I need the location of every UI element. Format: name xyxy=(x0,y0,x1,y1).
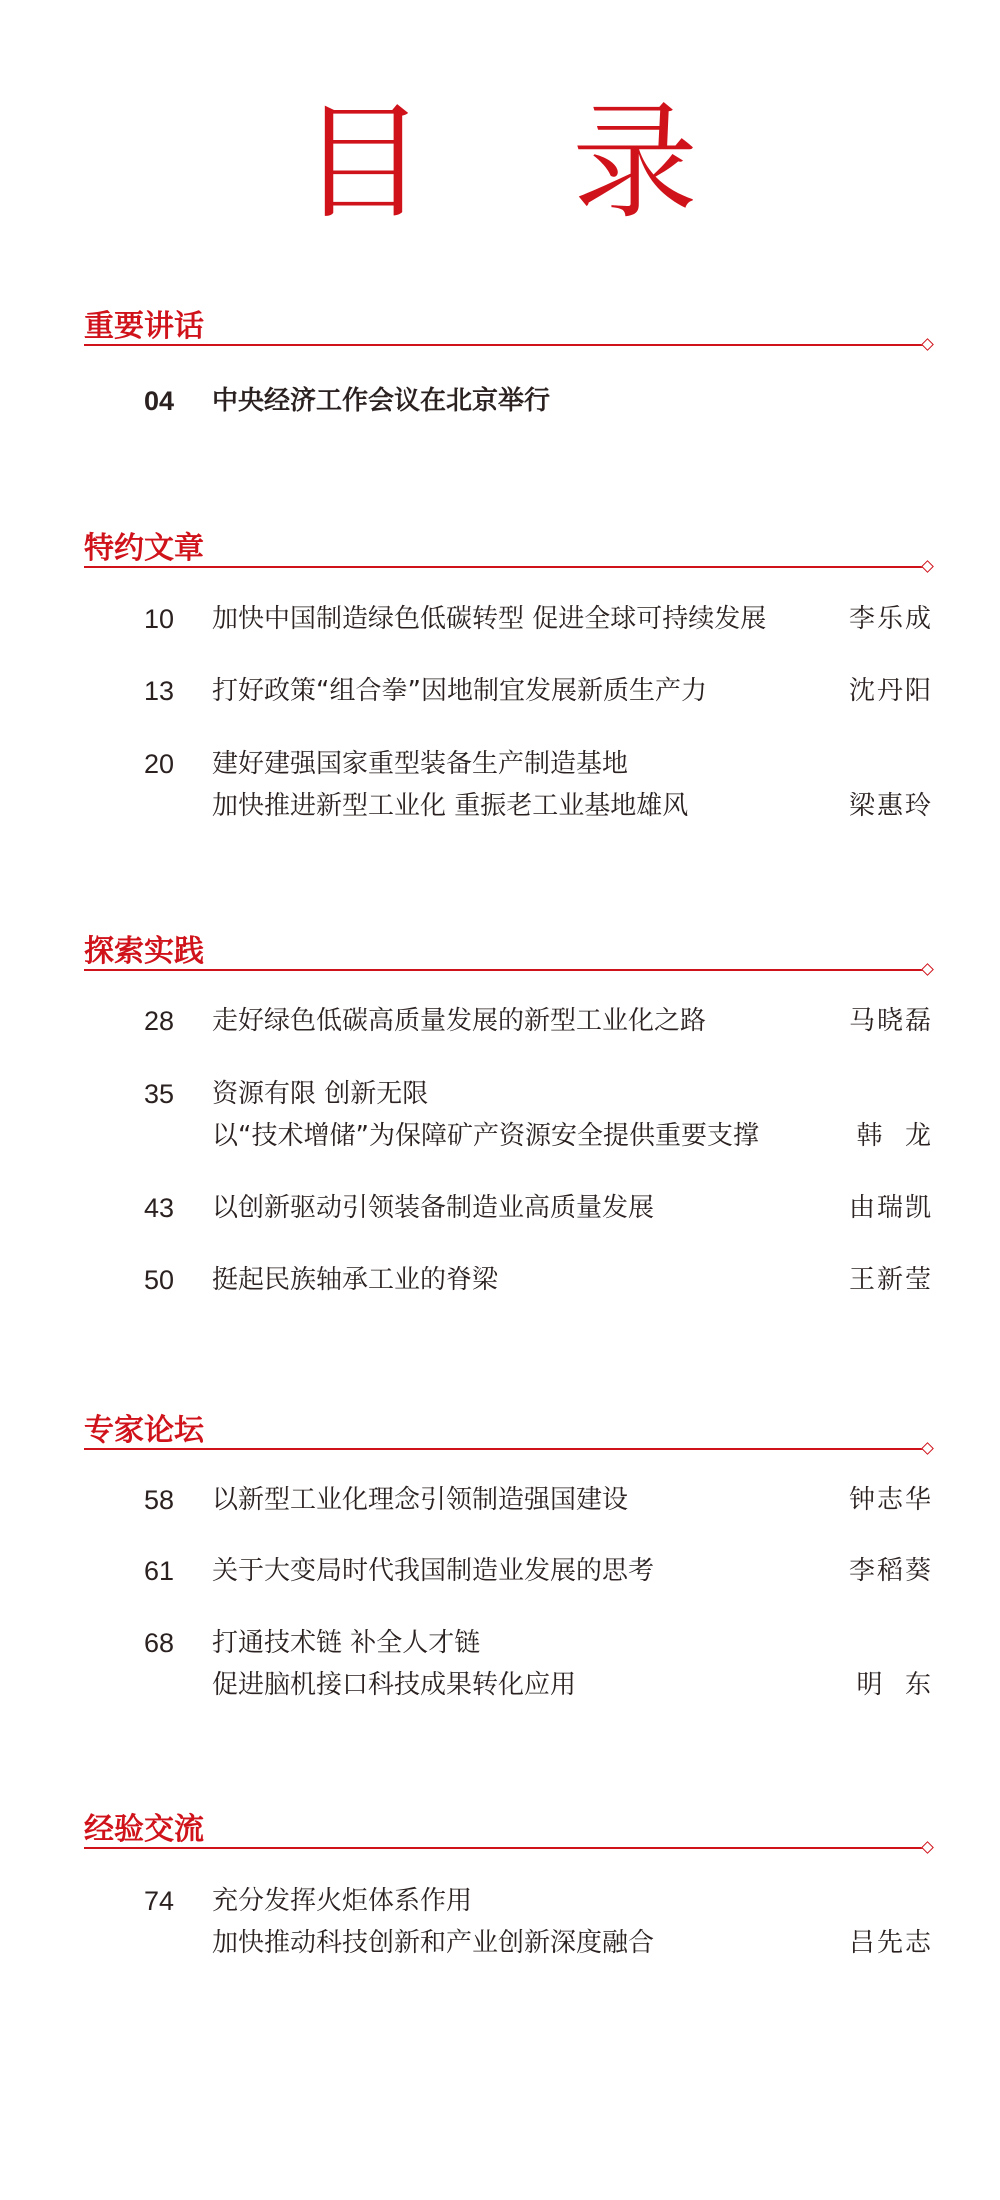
entry-title-line-2[interactable]: 加快推动科技创新和产业创新深度融合 xyxy=(212,1922,654,1964)
section-divider xyxy=(84,1448,926,1450)
entry-author: 王新莹 xyxy=(849,1259,933,1301)
entry-author: 李乐成 xyxy=(849,598,933,640)
entry-title-line-1[interactable]: 资源有限 创新无限 xyxy=(212,1073,759,1115)
entry-title[interactable]: 以新型工业化理念引领制造强国建设 xyxy=(212,1479,628,1521)
entry-title-line-1[interactable]: 打通技术链 补全人才链 xyxy=(212,1622,576,1664)
section-divider xyxy=(84,344,926,346)
entry-title[interactable]: 打好政策“组合拳”因地制宜发展新质生产力 xyxy=(212,670,707,712)
diamond-ornament-icon xyxy=(921,1442,934,1455)
diamond-ornament-icon xyxy=(921,560,934,573)
entry-title-line-1[interactable]: 建好建强国家重型装备生产制造基地 xyxy=(212,743,688,785)
page-title-char-2: 录 xyxy=(572,88,698,238)
section-heading: 专家论坛 xyxy=(84,1414,204,1448)
entry-author: 明 东 xyxy=(856,1664,933,1706)
entry-title-line-2[interactable]: 加快推进新型工业化 重振老工业基地雄风 xyxy=(212,785,688,827)
entry-author: 韩 龙 xyxy=(856,1115,933,1157)
page-number: 35 xyxy=(144,1073,174,1115)
section-heading: 探索实践 xyxy=(84,935,204,969)
section-heading: 经验交流 xyxy=(84,1813,204,1847)
entry-title[interactable]: 以创新驱动引领装备制造业高质量发展 xyxy=(212,1187,654,1229)
page-number: 74 xyxy=(144,1880,174,1922)
entry-title[interactable]: 加快中国制造绿色低碳转型 促进全球可持续发展 xyxy=(212,598,766,640)
entry-author: 沈丹阳 xyxy=(849,670,933,712)
entry-title-line-1[interactable]: 充分发挥火炬体系作用 xyxy=(212,1880,654,1922)
entry-title[interactable]: 走好绿色低碳高质量发展的新型工业化之路 xyxy=(212,1000,706,1042)
section-divider xyxy=(84,1847,926,1849)
page-number: 10 xyxy=(144,598,174,640)
page-number: 13 xyxy=(144,670,174,712)
entry-author: 吕先志 xyxy=(849,1922,933,1964)
page-number: 61 xyxy=(144,1550,174,1592)
page-number: 20 xyxy=(144,743,174,785)
page-number: 28 xyxy=(144,1000,174,1042)
entry-title[interactable]: 关于大变局时代我国制造业发展的思考 xyxy=(212,1550,654,1592)
page-title: 目 录 xyxy=(0,88,1000,238)
entry-title[interactable]: 中央经济工作会议在北京举行 xyxy=(212,380,550,422)
page-title-char-1: 目 xyxy=(300,88,426,238)
entry-author: 由瑞凯 xyxy=(849,1187,933,1229)
entry-author: 马晓磊 xyxy=(849,1000,933,1042)
diamond-ornament-icon xyxy=(921,338,934,351)
entry-title-line-2[interactable]: 以“技术增储”为保障矿产资源安全提供重要支撑 xyxy=(212,1115,759,1157)
page-number: 04 xyxy=(144,380,174,422)
section-divider xyxy=(84,969,926,971)
entry-author: 李稻葵 xyxy=(849,1550,933,1592)
entry-title[interactable]: 挺起民族轴承工业的脊梁 xyxy=(212,1259,498,1301)
entry-title-line-2[interactable]: 促进脑机接口科技成果转化应用 xyxy=(212,1664,576,1706)
section-heading: 重要讲话 xyxy=(84,310,204,344)
diamond-ornament-icon xyxy=(921,1841,934,1854)
section-heading: 特约文章 xyxy=(84,532,204,566)
page-number: 58 xyxy=(144,1479,174,1521)
section-divider xyxy=(84,566,926,568)
entry-author: 钟志华 xyxy=(849,1479,933,1521)
diamond-ornament-icon xyxy=(921,963,934,976)
page-number: 50 xyxy=(144,1259,174,1301)
page-number: 43 xyxy=(144,1187,174,1229)
page-number: 68 xyxy=(144,1622,174,1664)
entry-author: 梁惠玲 xyxy=(849,785,933,827)
